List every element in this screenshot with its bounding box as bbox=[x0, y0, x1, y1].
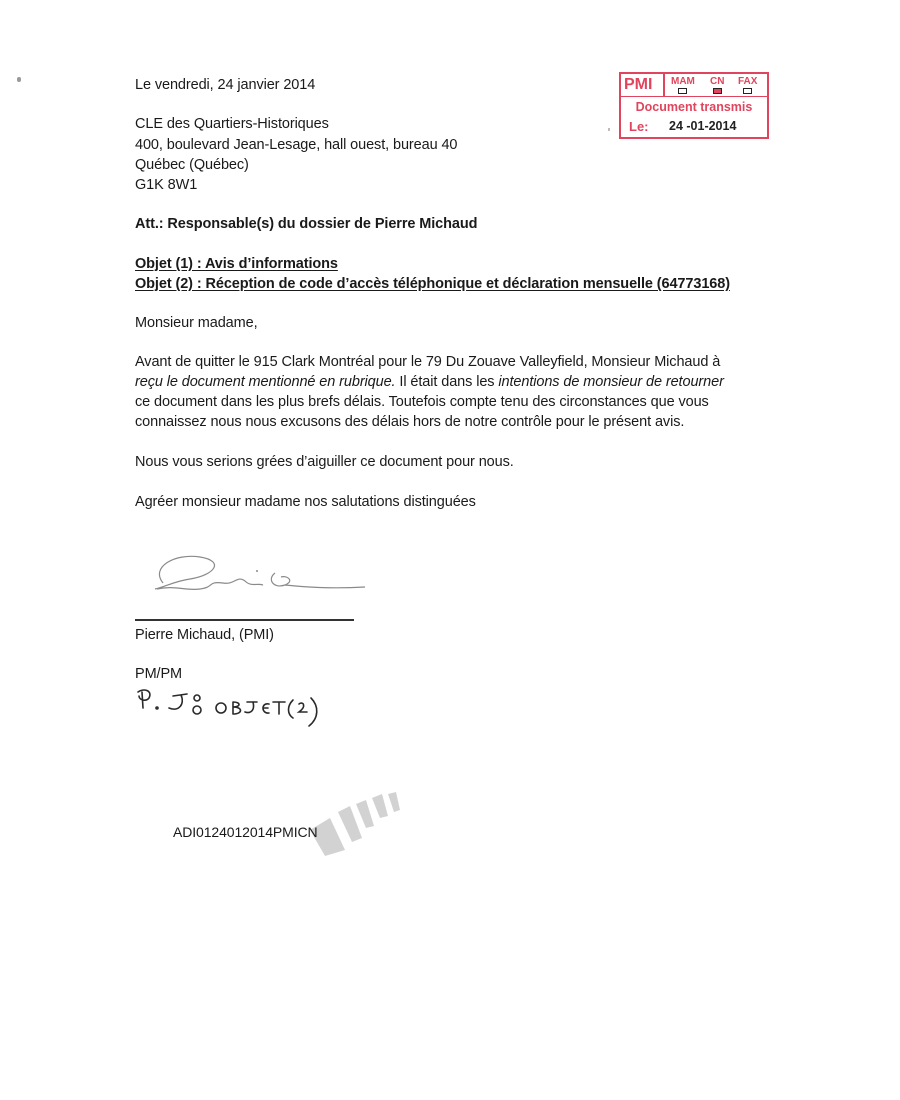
scan-speck bbox=[17, 77, 21, 82]
initials: PM/PM bbox=[135, 664, 182, 684]
stamp-divider bbox=[663, 74, 665, 96]
recipient-street: 400, boulevard Jean-Lesage, hall ouest, … bbox=[135, 135, 457, 155]
body-line-4: connaissez nous nous excusons des délais… bbox=[135, 412, 684, 432]
body-line-2-part-d: intentions de monsieur de retourner bbox=[498, 374, 723, 390]
body-paragraph-2: Nous vous serions grées d’aiguiller ce d… bbox=[135, 452, 514, 472]
letter-page: Le vendredi, 24 janvier 2014 CLE des Qua… bbox=[0, 0, 900, 1100]
stamp-date-value: 24 -01-2014 bbox=[669, 119, 736, 133]
subject-1: Objet (1) : Avis d’informations bbox=[135, 254, 338, 274]
stamp-option-label: MAM bbox=[671, 76, 695, 87]
signatory-name: Pierre Michaud, (PMI) bbox=[135, 625, 274, 645]
body-line-2: reçu le document mentionné en rubrique. … bbox=[135, 372, 724, 392]
handwritten-note bbox=[133, 686, 333, 731]
body-line-2-part-c: Il était dans les bbox=[396, 374, 499, 390]
checkbox-checked-icon bbox=[713, 88, 722, 94]
stamp-owner: PMI bbox=[624, 75, 652, 95]
stamp-option-label: FAX bbox=[738, 76, 757, 87]
stamp-option-cn: CN bbox=[710, 77, 724, 94]
recipient-city: Québec (Québec) bbox=[135, 155, 249, 175]
subject-2: Objet (2) : Réception de code d’accès té… bbox=[135, 274, 730, 294]
stamp-option-fax: FAX bbox=[738, 77, 757, 94]
scan-speck bbox=[608, 128, 610, 131]
attention-line: Att.: Responsable(s) du dossier de Pierr… bbox=[135, 214, 477, 234]
checkbox-empty-icon bbox=[743, 88, 752, 94]
letter-date: Le vendredi, 24 janvier 2014 bbox=[135, 75, 315, 95]
body-line-1: Avant de quitter le 915 Clark Montréal p… bbox=[135, 352, 720, 372]
body-line-2-part-b: document mentionné en rubrique. bbox=[182, 374, 396, 390]
stamp-status: Document transmis bbox=[621, 100, 767, 114]
stamp-option-label: CN bbox=[710, 76, 724, 87]
recipient-name: CLE des Quartiers-Historiques bbox=[135, 114, 329, 134]
salutation: Monsieur madame, bbox=[135, 313, 258, 333]
signature-line bbox=[135, 619, 354, 621]
body-line-3: ce document dans les plus brefs délais. … bbox=[135, 392, 709, 412]
closing: Agréer monsieur madame nos salutations d… bbox=[135, 492, 476, 512]
recipient-postal-code: G1K 8W1 bbox=[135, 175, 197, 195]
body-line-2-part-a: reçu le bbox=[135, 374, 182, 390]
transmission-stamp: PMI MAM CN FAX Document transmis Le: 24 … bbox=[619, 72, 769, 139]
reference-code: ADI0124012014PMICN bbox=[173, 822, 318, 842]
signature bbox=[145, 545, 375, 605]
stamp-date-label: Le: bbox=[629, 119, 649, 134]
stamp-option-mam: MAM bbox=[671, 77, 695, 94]
stamp-header-row: PMI MAM CN FAX bbox=[621, 74, 767, 97]
checkbox-empty-icon bbox=[678, 88, 687, 94]
